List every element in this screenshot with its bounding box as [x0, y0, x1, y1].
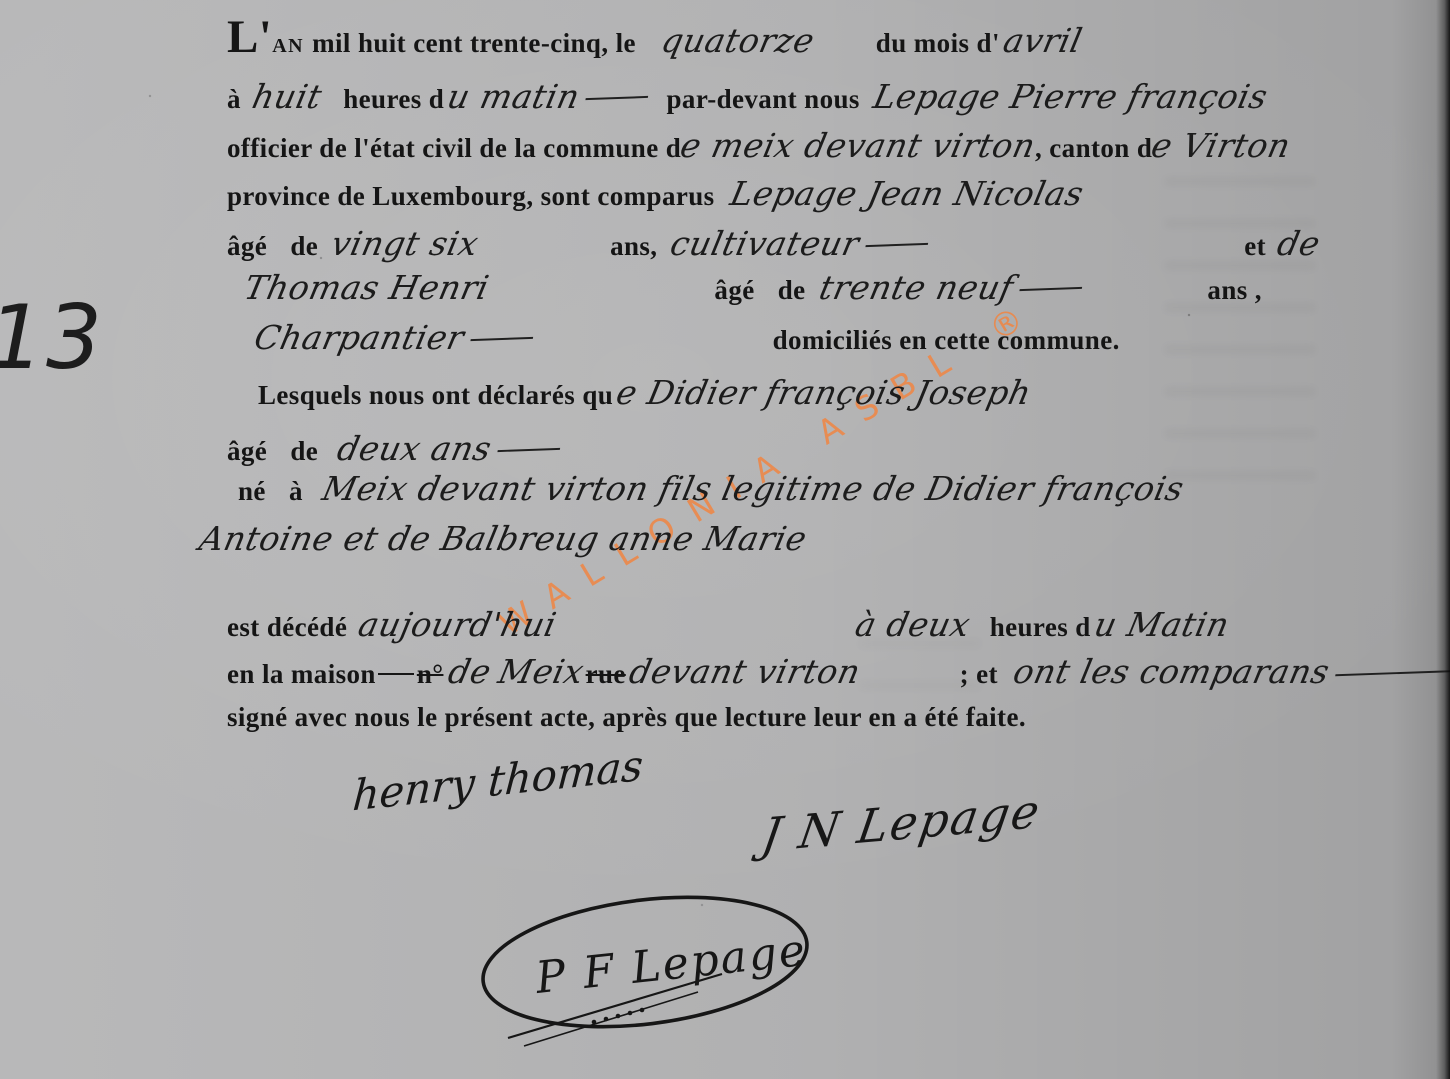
line-closing: signé avec nous le présent acte, après q… [227, 702, 1026, 733]
stamp-signature: P F Lepage [532, 925, 809, 1004]
printed-ans-label: ans, [610, 231, 657, 261]
signature-jn-lepage: J N Lepage [758, 783, 1045, 862]
printed-age-label: âgé de [714, 275, 805, 305]
hw-de: de [445, 653, 495, 691]
hw-hour: huit [249, 78, 325, 116]
printed-deces-label: est décédé [227, 612, 347, 642]
hw-profession: cultivateur [667, 225, 932, 263]
hw-comparans: ont les comparans [1010, 653, 1450, 691]
printed-closing-phrase: signé avec nous le présent acte, après q… [227, 702, 1026, 732]
line-death-time: est décédé aujourd'hui à deux heures d u… [227, 606, 1228, 644]
hw-declarant2-age: trente neuf [816, 269, 1086, 307]
printed-year-phrase: mil huit cent trente-cinq, le [312, 28, 636, 58]
printed-age-label: âgé de [227, 231, 318, 261]
line-province-comparus: province de Luxembourg, sont comparus Le… [227, 175, 1083, 213]
hw-declarant2-surname: Charpantier [251, 319, 537, 357]
printed-maison-label: en la maison [227, 659, 376, 689]
hw-canton: e Virton [1148, 127, 1294, 165]
line-death-house: en la maisonn° de Meixruedevant virton ;… [227, 653, 1450, 691]
printed-domicile-phrase: domiciliés en cette commune. [773, 325, 1120, 355]
signature-henry-thomas: henry thomas [351, 740, 645, 820]
hw-hour-suffix: u Matin [1091, 606, 1233, 644]
line-declarant1-age-profession: âgé de vingt six ans, cultivateur et de [227, 225, 1320, 263]
printed-pardevant: par-devant nous [667, 84, 860, 114]
printed-heures-label: heures d [343, 84, 444, 114]
hw-declarant2-names: Thomas Henri [241, 269, 492, 307]
page-edge-shadow [1436, 0, 1450, 1079]
hw-month: avril [1000, 22, 1086, 60]
hw-deceased-age: deux ans [334, 430, 564, 468]
hw-place-meix: Meix [495, 653, 588, 691]
printed-declaration-phrase: Lesquels nous ont déclarés qu [258, 380, 613, 410]
printed-age-label: âgé de [227, 436, 318, 466]
printed-an-smallcaps: AN [272, 35, 304, 57]
death-record-scan: { "act_number": "13", "colors": { "paper… [0, 0, 1450, 1079]
hw-commune: e meix devant virton [677, 127, 1039, 165]
hw-parents-names: Antoine et de Balbreug anne Marie [196, 520, 810, 558]
hw-declarant1-name: Lepage Jean Nicolas [727, 175, 1087, 213]
printed-struck-numero: n° [378, 659, 444, 689]
printed-et-ont: ; et [960, 659, 998, 689]
hw-deceased-name: e Didier françois Joseph [613, 374, 1035, 412]
line-year-date: L'AN mil huit cent trente-cinq, le quato… [227, 22, 1082, 60]
hw-officer-name: Lepage Pierre françois [870, 78, 1271, 116]
line-declarant2-age: Thomas Henri âgé de trente neuf ans , [245, 269, 1262, 307]
line-declaration-deceased: Lesquels nous ont déclarés que Didier fr… [258, 374, 1031, 412]
line-deceased-age: âgé de deux ans [227, 430, 560, 468]
act-number: 13 [0, 294, 104, 382]
line-commune-canton: officier de l'état civil de la commune d… [227, 127, 1290, 165]
printed-ans-label: ans , [1207, 275, 1262, 305]
hw-death-day: aujourd'hui [355, 606, 560, 644]
printed-initial-l: L' [227, 11, 272, 63]
printed-et-label: et [1244, 231, 1266, 261]
line-birthplace-filiation: né à Meix devant virton fils legitime de… [238, 470, 1183, 508]
hw-birth-details: Meix devant virton fils legitime de Didi… [319, 470, 1187, 508]
hw-place-devant-virton: devant virton [626, 653, 864, 691]
hw-de: de [1274, 225, 1324, 263]
line-parents: Antoine et de Balbreug anne Marie [200, 520, 806, 558]
printed-canton-label: , canton d [1035, 133, 1152, 163]
printed-commune-label: officier de l'état civil de la commune d [227, 133, 681, 163]
printed-province-phrase: province de Luxembourg, sont comparus [227, 181, 715, 211]
printed-struck-rue: rue [586, 659, 626, 689]
officer-paraph-stamp: P F Lepage [452, 878, 832, 1073]
hw-death-hour: à deux [852, 606, 974, 644]
printed-month-label: du mois d' [876, 28, 1000, 58]
hw-hour-suffix: u matin [444, 78, 652, 116]
line-declarant2-surname-domicile: Charpantier domiciliés en cette commune. [255, 319, 1120, 357]
line-hour-officer: à huit heures d u matin par-devant nous … [227, 78, 1267, 116]
printed-a-label: à [227, 84, 241, 114]
printed-heures-label: heures d [990, 612, 1091, 642]
hw-day-number: quatorze [658, 22, 818, 60]
hw-declarant1-age: vingt six [328, 225, 482, 263]
printed-ne-a-label: né à [238, 476, 303, 506]
